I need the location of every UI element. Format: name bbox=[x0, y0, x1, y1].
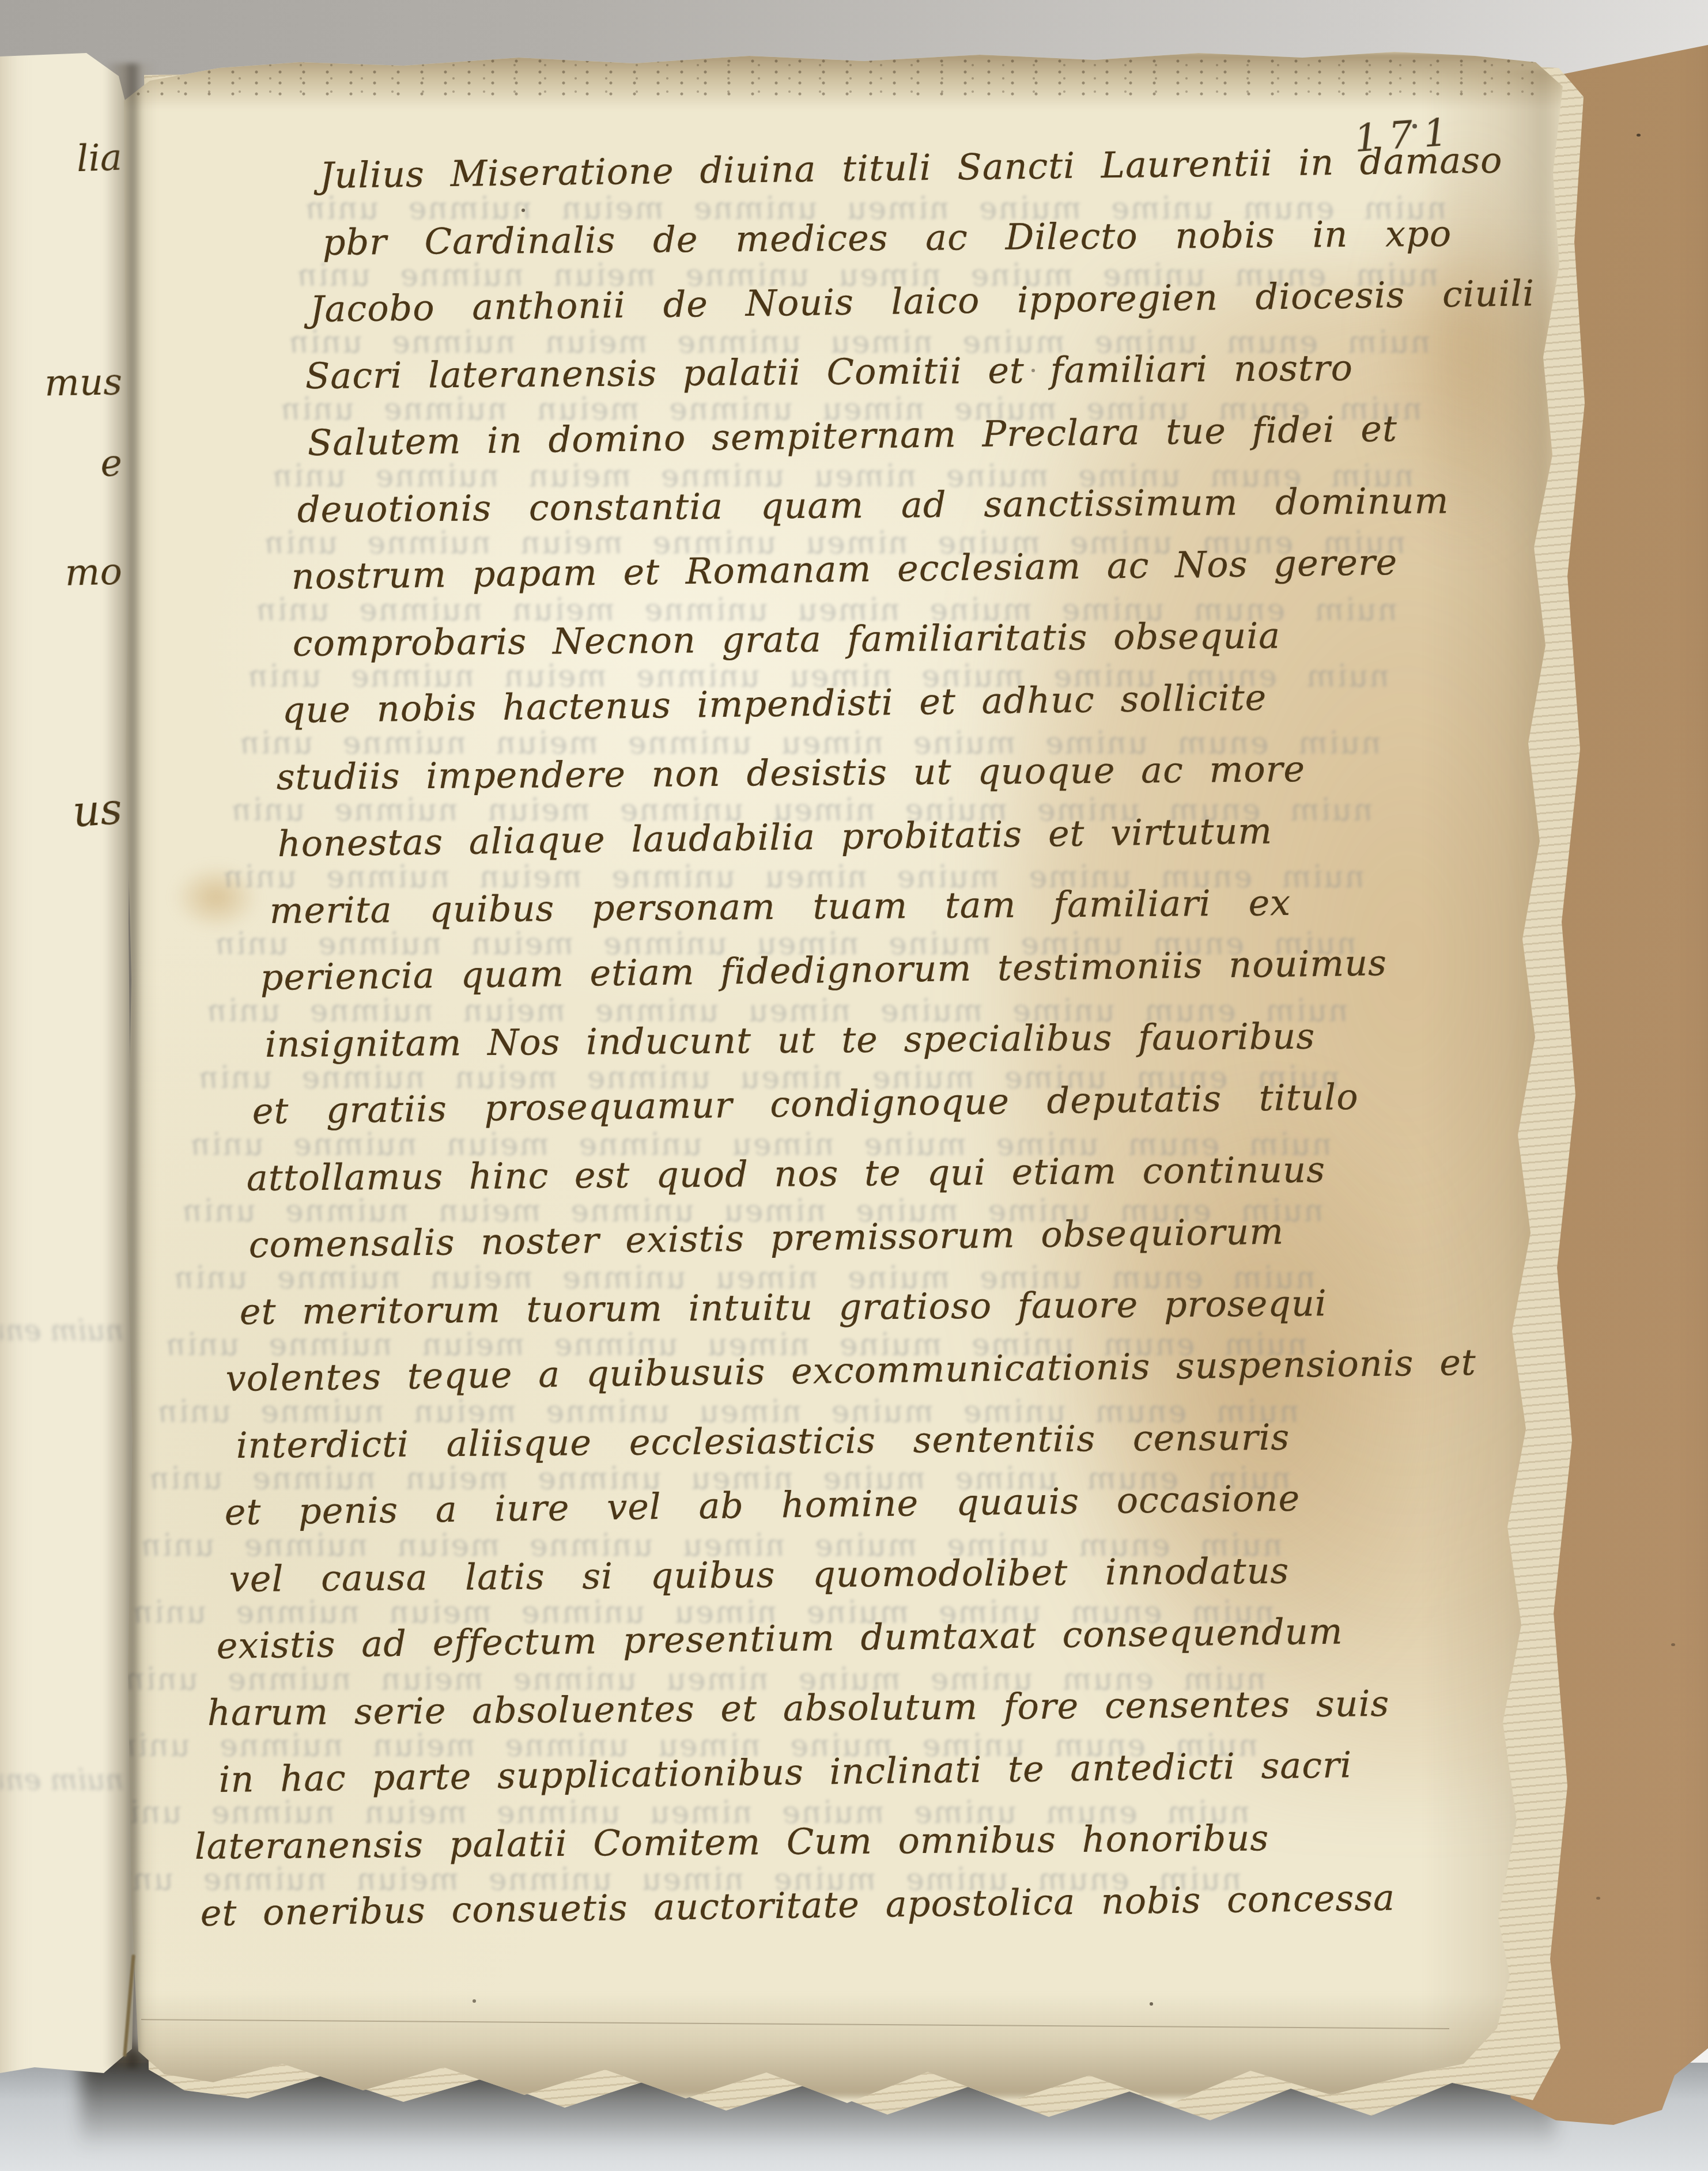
cover-speck-dots bbox=[1637, 134, 1641, 137]
manuscript-page: nuim enum unime muine nimeu unimne meiun… bbox=[0, 0, 1708, 2171]
top-edge-speckles bbox=[133, 58, 1550, 101]
page-number: 171 bbox=[1353, 109, 1460, 161]
bottom-edge-soiling bbox=[133, 1994, 1504, 2097]
binding-gutter-shadow bbox=[104, 63, 156, 2068]
manuscript-line: Julius Miseratione diuina tituli Sancti … bbox=[319, 138, 1535, 221]
manuscript-text-block: Julius Miseratione diuina tituli Sancti … bbox=[184, 154, 1535, 1959]
ink-speck-dots bbox=[522, 209, 525, 212]
